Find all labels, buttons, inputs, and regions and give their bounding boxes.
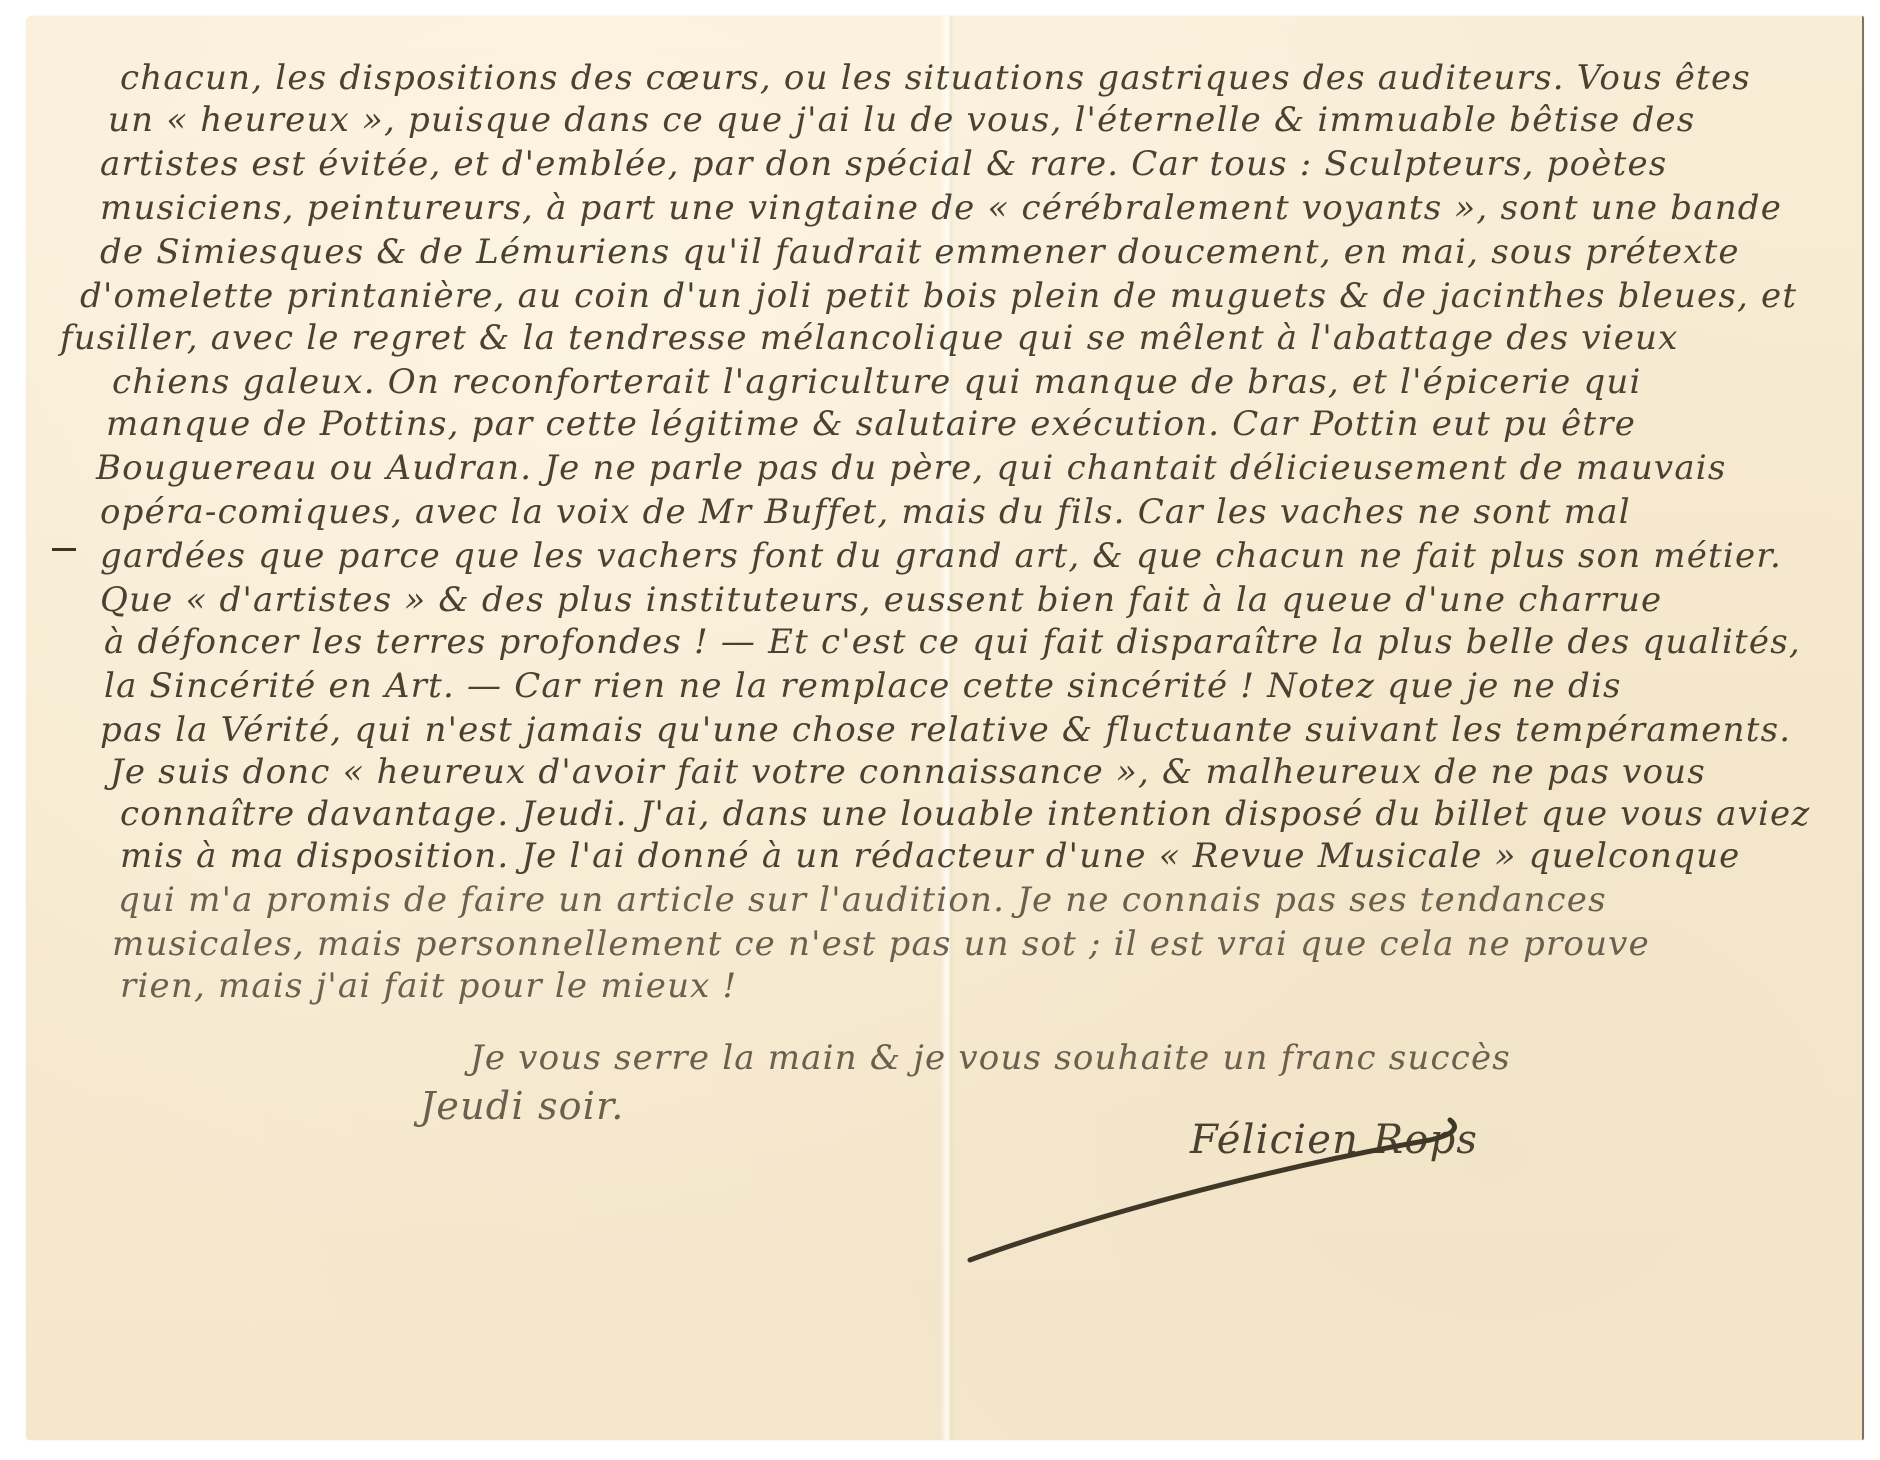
letter-line-9: manque de Pottins, par cette légitime & … bbox=[106, 404, 1636, 444]
letter-line-6: d'omelette printanière, au coin d'un jol… bbox=[80, 276, 1797, 316]
letter-line-15: la Sincérité en Art. — Car rien ne la re… bbox=[104, 666, 1622, 706]
letter-line-20: qui m'a promis de faire un article sur l… bbox=[118, 880, 1607, 920]
letter-line-10: Bouguereau ou Audran. Je ne parle pas du… bbox=[96, 448, 1727, 488]
letter-line-17: Je suis donc « heureux d'avoir fait votr… bbox=[110, 752, 1706, 792]
letter-line-11: opéra-comiques, avec la voix de Mr Buffe… bbox=[100, 492, 1631, 532]
letter-closing: Je vous serre la main & je vous souhaite… bbox=[470, 1038, 1511, 1078]
letter-line-3: artistes est évitée, et d'emblée, par do… bbox=[100, 144, 1667, 184]
letter-line-13: Que « d'artistes » & des plus instituteu… bbox=[100, 580, 1662, 620]
signature-flourish bbox=[960, 1080, 1520, 1300]
margin-dash bbox=[52, 548, 76, 551]
letter-line-12: gardées que parce que les vachers font d… bbox=[100, 536, 1782, 576]
letter-line-19: mis à ma disposition. Je l'ai donné à un… bbox=[120, 836, 1741, 876]
letter-line-1: chacun, les dispositions des cœurs, ou l… bbox=[120, 58, 1751, 98]
letter-line-4: musiciens, peintureurs, à part une vingt… bbox=[100, 188, 1782, 228]
letter-line-2: un « heureux », puisque dans ce que j'ai… bbox=[108, 100, 1695, 140]
letter-line-16: pas la Vérité, qui n'est jamais qu'une c… bbox=[100, 710, 1791, 750]
letter-line-8: chiens galeux. On reconforterait l'agric… bbox=[112, 362, 1642, 402]
letter-line-14: à défoncer les terres profondes ! — Et c… bbox=[104, 622, 1801, 662]
letter-dateline: Jeudi soir. bbox=[420, 1086, 625, 1126]
letter-line-7: fusiller, avec le regret & la tendresse … bbox=[60, 318, 1679, 358]
letter-line-22: rien, mais j'ai fait pour le mieux ! bbox=[120, 966, 737, 1006]
letter-line-18: connaître davantage. Jeudi. J'ai, dans u… bbox=[120, 794, 1811, 834]
letter-line-5: de Simiesques & de Lémuriens qu'il faudr… bbox=[100, 232, 1740, 272]
letter-line-21: musicales, mais personnellement ce n'est… bbox=[112, 924, 1650, 964]
